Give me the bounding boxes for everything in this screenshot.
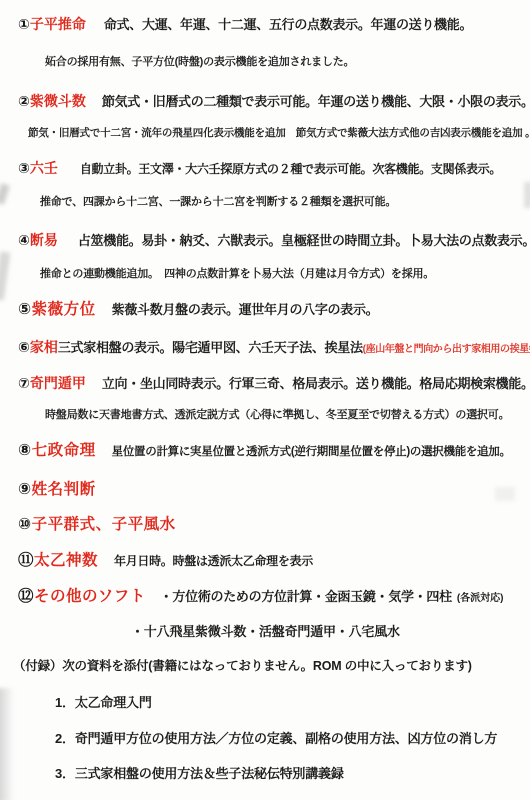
- item-title: 奇門遁甲: [30, 375, 86, 391]
- item-small-note: (各派対応): [457, 593, 504, 604]
- item-body: 紫薇斗数月盤の表示。運世年月の八字の表示。: [112, 302, 379, 317]
- item-title: 太乙神数: [34, 552, 98, 569]
- bullet-text: ・十八飛星紫微斗数・活盤奇門遁甲・八宅風水: [131, 624, 400, 639]
- item-red-note: (座山年盤と門向から出す家相用の挨星盤): [363, 344, 530, 355]
- feature-item-11: ⑪太乙神数年月日時。時盤は透派太乙命理を表示: [18, 551, 313, 571]
- item-body: 占筮機能。易卦・納爻、六獣表示。皇極経世の時間立卦。卜易大法の点数表示。: [78, 233, 530, 248]
- feature-item-3: ③六壬自動立卦。王文澤・大六壬探原方式の２種で表示可能。次客機能。支関係表示。: [18, 159, 501, 178]
- scan-artifact: [0, 252, 10, 301]
- subnote-text: 推命で、四課から十二宮、一課から十二宮を判断する２種類を選択可能。: [40, 196, 396, 208]
- scan-artifact: [0, 688, 14, 800]
- feature-item-7: ⑦奇門遁甲立向・坐山同時表示。行軍三奇、格局表示。送り機能。格局応期検索機能。: [18, 374, 530, 393]
- item-number: ⑨: [18, 481, 32, 498]
- feature-subnote-4: 推命との連動機能追加。 四神の点数計算を卜易大法（月建は月令方式）を採用。: [40, 268, 434, 281]
- feature-item-9: ⑨姓名判断: [18, 480, 96, 500]
- feature-item-2: ②紫微斗数節気式・旧暦式の二種類で表示可能。年運の送り機能、大限・小限の表示。: [18, 92, 530, 111]
- feature-subnote-2: 節気・旧暦式で十二宮・流年の飛星四化表示機能を追加 節気方式で紫薇大法方式他の吉…: [28, 127, 530, 140]
- item-title: 七政命理: [32, 442, 96, 459]
- item-number: ⑦: [18, 375, 30, 391]
- item-number: ⑩: [18, 516, 32, 533]
- feature-item-12-bullet-2: ・十八飛星紫微斗数・活盤奇門遁甲・八宅風水: [131, 624, 400, 640]
- appendix-item-1: 1．太乙命理入門: [55, 695, 152, 711]
- item-body: 年月日時。時盤は透派太乙命理を表示: [114, 554, 313, 568]
- feature-item-12: ⑫その他のソフト・方位術のための方位計算・金函玉鏡・気学・四柱(各派対応): [18, 587, 504, 607]
- item-title: 断易: [30, 232, 58, 248]
- appendix-item-3: 3．三式家相盤の使用方法＆些子法秘伝特別講義録: [55, 766, 344, 782]
- item-body: 三式家相盤の表示。陽宅遁甲図、六壬天子法、挨星法: [58, 340, 363, 355]
- appendix-item-text: 1．太乙命理入門: [55, 695, 152, 710]
- item-title: 六壬: [30, 160, 58, 176]
- item-title: 紫薇方位: [32, 301, 96, 318]
- feature-item-4: ④断易占筮機能。易卦・納爻、六獣表示。皇極経世の時間立卦。卜易大法の点数表示。: [18, 231, 530, 250]
- item-number: ⑤: [18, 301, 32, 318]
- feature-subnote-1: 妬合の採用有無、子平方位(時盤)の表示機能を追加されました。: [45, 56, 354, 69]
- appendix-header: （付録）次の資料を添付(書籍にはなっておりません。ROM の中に入っております): [13, 659, 472, 674]
- item-number: ④: [18, 232, 30, 248]
- item-number: ③: [18, 160, 30, 176]
- feature-item-5: ⑤紫薇方位紫薇斗数月盤の表示。運世年月の八字の表示。: [18, 300, 378, 320]
- item-number: ⑥: [18, 339, 30, 355]
- feature-item-10: ⑩子平群式、子平風水: [18, 515, 176, 535]
- subnote-text: 時盤局数に天書地書方式、透派定説方式（心得に準拠し、冬至夏至で切替える方式）の選…: [45, 409, 509, 421]
- feature-item-6: ⑥家相三式家相盤の表示。陽宅遁甲図、六壬天子法、挨星法(座山年盤と門向から出す家…: [18, 338, 530, 357]
- subnote-text: 節気・旧暦式で十二宮・流年の飛星四化表示機能を追加 節気方式で紫薇大法方式他の吉…: [28, 127, 530, 139]
- feature-subnote-7: 時盤局数に天書地書方式、透派定説方式（心得に準拠し、冬至夏至で切替える方式）の選…: [45, 409, 509, 422]
- feature-item-1: ①子平推命命式、大運、年運、十二運、五行の点数表示。年運の送り機能。: [18, 15, 472, 34]
- appendix-item-2: 2．奇門遁甲方位の使用方法／方位の定義、副格の使用方法、凶方位の消し方: [55, 731, 497, 747]
- appendix-item-text: 2．奇門遁甲方位の使用方法／方位の定義、副格の使用方法、凶方位の消し方: [55, 731, 497, 746]
- item-number: ⑧: [18, 442, 32, 459]
- item-title: 子平推命: [30, 16, 86, 32]
- item-number: ⑪: [18, 552, 34, 569]
- appendix-text: （付録）次の資料を添付(書籍にはなっておりません。ROM の中に入っております): [13, 659, 472, 673]
- appendix-item-text: 3．三式家相盤の使用方法＆些子法秘伝特別講義録: [55, 766, 344, 781]
- item-body: 命式、大運、年運、十二運、五行の点数表示。年運の送り機能。: [104, 17, 472, 32]
- item-number: ①: [18, 16, 30, 32]
- item-title: その他のソフト: [34, 588, 146, 605]
- item-title: 紫微斗数: [30, 93, 86, 109]
- feature-subnote-3: 推命で、四課から十二宮、一課から十二宮を判断する２種類を選択可能。: [40, 196, 396, 209]
- subnote-text: 妬合の採用有無、子平方位(時盤)の表示機能を追加されました。: [45, 56, 354, 68]
- scan-artifact: [524, 182, 530, 208]
- item-title: 子平群式、子平風水: [32, 516, 176, 533]
- scan-artifact: [0, 183, 10, 205]
- feature-item-8: ⑧七政命理星位置の計算に実星位置と透派方式(逆行期間星位置を停止)の選択機能を追…: [18, 441, 511, 461]
- item-body: 星位置の計算に実星位置と透派方式(逆行期間星位置を停止)の選択機能を追加。: [112, 446, 511, 458]
- scan-artifact: [495, 487, 515, 501]
- item-number: ②: [18, 93, 30, 109]
- item-title: 姓名判断: [32, 481, 96, 498]
- item-body: 節気式・旧暦式の二種類で表示可能。年運の送り機能、大限・小限の表示。: [102, 94, 530, 109]
- subnote-text: 推命との連動機能追加。 四神の点数計算を卜易大法（月建は月令方式）を採用。: [40, 268, 434, 280]
- item-number: ⑫: [18, 588, 34, 605]
- item-body: ・方位術のための方位計算・金函玉鏡・気学・四柱: [160, 589, 452, 604]
- item-body: 自動立卦。王文澤・大六壬探原方式の２種で表示可能。次客機能。支関係表示。: [80, 162, 501, 176]
- item-body: 立向・坐山同時表示。行軍三奇、格局表示。送り機能。格局応期検索機能。: [102, 376, 530, 391]
- document-page: ①子平推命命式、大運、年運、十二運、五行の点数表示。年運の送り機能。 妬合の採用…: [0, 0, 530, 800]
- item-title: 家相: [30, 339, 58, 355]
